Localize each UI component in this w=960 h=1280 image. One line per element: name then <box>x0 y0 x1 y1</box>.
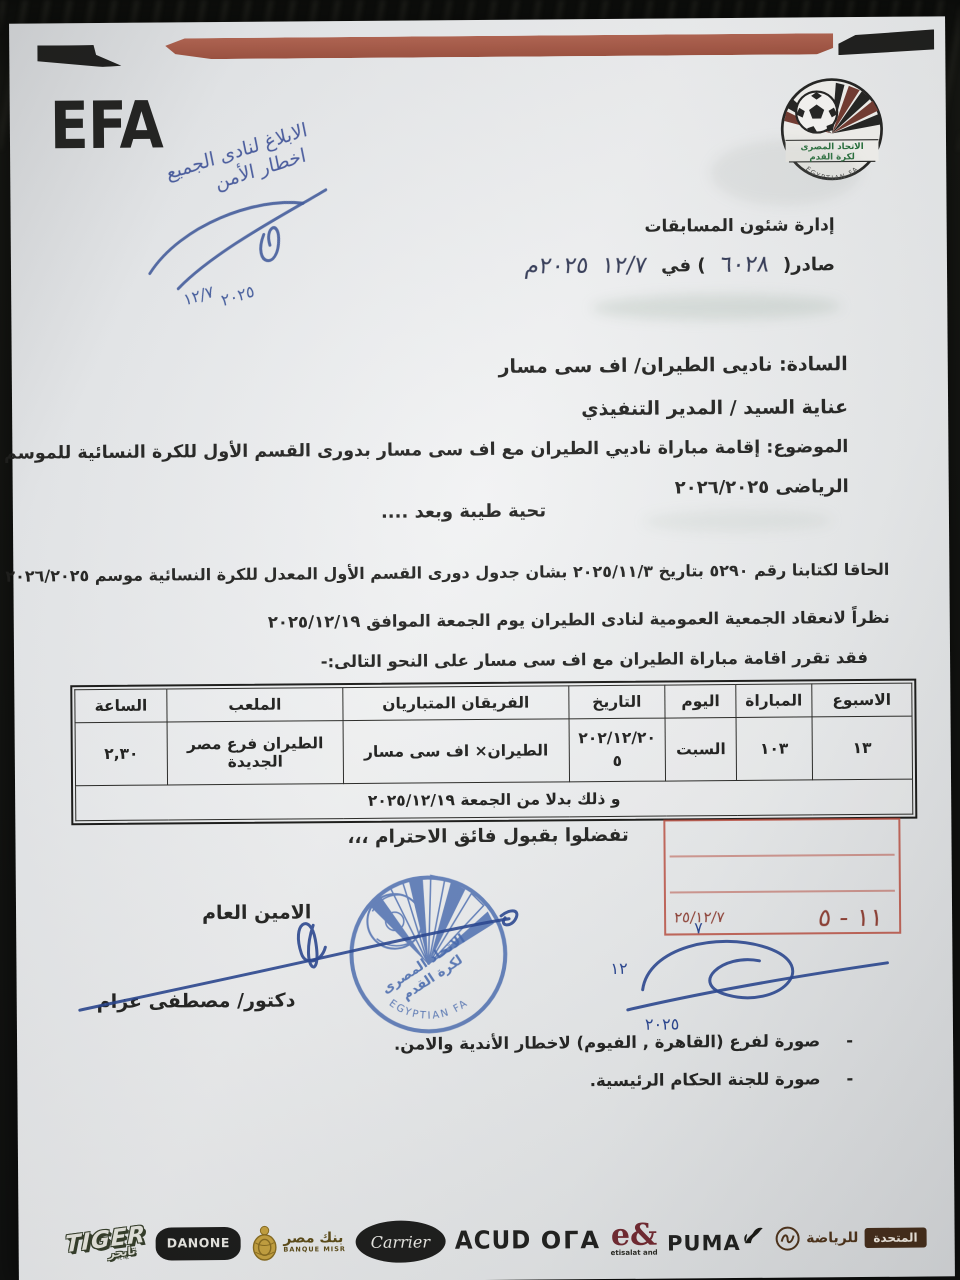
letterhead-right-flag-shape <box>838 29 934 55</box>
puma-cat-icon <box>743 1223 765 1245</box>
note-dash: - <box>846 1069 853 1088</box>
united-sports-icon <box>774 1226 800 1252</box>
col-day: اليوم <box>665 685 736 719</box>
banque-misr-logo: بنك مصر BANQUE MISR <box>250 1222 346 1263</box>
col-date: التاريخ <box>569 685 666 719</box>
cell-date: ٢٠٢/١٢/٢٠ ٥ <box>569 718 666 782</box>
cell-day: السبت <box>665 718 737 782</box>
etisalat-eand-logo: e& etisalat and <box>610 1223 657 1257</box>
issued-date-handwritten: ١٢/٧ <box>601 253 649 279</box>
approval-signature-ink: ٧ ١٢ ٢٠٢٥ <box>582 910 913 1038</box>
banque-misr-emblem-icon <box>250 1223 278 1263</box>
issued-middle: ) في <box>661 255 706 276</box>
issued-prefix: صادر( <box>783 254 835 275</box>
stamp-rule-line <box>670 890 895 894</box>
efa-wordmark: EFA <box>50 86 163 164</box>
table-row: ١٣ ١٠٣ السبت ٢٠٢/١٢/٢٠ ٥ الطيران× اف سى … <box>75 716 912 786</box>
cc-note-2: - صورة للجنة الحكام الرئيسية. <box>590 1069 854 1090</box>
cc-note-1-text: صورة لفرع (القاهرة , الفيوم) لاخطار الأن… <box>394 1031 820 1053</box>
col-teams: الفريقان المتباريان <box>343 686 569 721</box>
col-week: الاسبوع <box>811 683 912 717</box>
cell-stadium: الطيران فرع مصر الجديدة <box>167 721 343 785</box>
department-title: إدارة شئون المسابقات <box>644 215 834 236</box>
cell-teams: الطيران× اف سى مسار <box>343 719 569 784</box>
tiger-logo: TIGER تايجر <box>65 1222 146 1267</box>
issued-number-line: صادر( ٦٠٢٨ ) في ١٢/٧ ٢٠٢٥م <box>524 251 835 279</box>
letterhead-left-flag-shape <box>37 45 121 68</box>
closing-line: تفضلوا بقبول فائق الاحترام ،،، <box>347 825 629 848</box>
body-paragraph-3: فقد تقرر اقامة مباراة الطيران مع اف سى م… <box>321 648 869 671</box>
subject-line-2: الرياضى ٢٠٢٦/٢٠٢٥ <box>675 476 849 498</box>
ora-logo: OΓA <box>541 1226 601 1254</box>
svg-text:١٢: ١٢ <box>610 959 627 978</box>
svg-text:٢٠٢٥: ٢٠٢٥ <box>219 281 256 310</box>
table-footer-note: و ذلك بدلا من الجمعة ٢٠٢٥/١٢/١٩ <box>76 779 913 821</box>
crest-arabic-line2: لكرة القدم <box>809 152 854 162</box>
svg-text:١٢/٧: ١٢/٧ <box>182 281 216 309</box>
svg-text:٢٠٢٥: ٢٠٢٥ <box>645 1014 680 1033</box>
carrier-logo: Carrier <box>355 1220 445 1263</box>
united-sports-logo: للرياضة المتحدة <box>774 1225 927 1252</box>
subject-line-1: الموضوع: إقامة مباراة ناديي الطيران مع ا… <box>4 437 849 464</box>
col-stadium: الملعب <box>167 688 343 722</box>
cc-note-2-text: صورة للجنة الحكام الرئيسية. <box>590 1069 821 1090</box>
issued-year-handwritten: ٢٠٢٥م <box>523 253 590 280</box>
note-dash: - <box>846 1031 853 1050</box>
danone-logo: DANONE <box>156 1226 241 1260</box>
svg-text:٧: ٧ <box>694 918 703 937</box>
attention-line: عناية السيد / المدير التنفيذي <box>581 396 848 420</box>
issued-number-handwritten: ٦٠٢٨ <box>718 252 771 278</box>
ink-bleed-smudge <box>591 293 841 321</box>
puma-logo: PUMA <box>667 1223 765 1255</box>
crest-arabic-line1: الاتحاد المصرى <box>800 142 863 152</box>
col-time: الساعة <box>75 689 167 723</box>
letterhead-red-bar <box>165 33 833 59</box>
acud-logo: ACUD <box>455 1228 532 1255</box>
egyptian-fa-crest-logo: الاتحاد المصرى لكرة القدم EGYPTIAN FA <box>777 75 886 184</box>
addressee-line: السادة: ناديى الطيران/ اف سى مسار <box>498 353 847 378</box>
ink-bleed-smudge <box>643 509 833 532</box>
body-paragraph-1: الحاقا لكتابنا رقم ٥٢٩٠ بتاريخ ٢٠٢٥/١١/٣… <box>5 560 889 586</box>
cell-match: ١٠٣ <box>736 717 812 781</box>
letter-paper: EFA الاتحاد المصرى لكرة القدم EGYPTIAN F… <box>9 16 955 1280</box>
secretary-signature-ink <box>61 872 532 1031</box>
match-schedule-table: الاسبوع المباراة اليوم التاريخ الفريقان … <box>70 679 917 826</box>
cell-time: ٢,٣٠ <box>75 722 168 786</box>
sponsor-logos-strip: TIGER تايجر DANONE بنك مصر BANQUE MISR C… <box>64 1207 926 1276</box>
cell-week: ١٣ <box>812 716 913 780</box>
col-match: المباراة <box>736 684 812 718</box>
greeting-line: تحية طيبة وبعد .... <box>381 500 546 522</box>
cc-note-1: - صورة لفرع (القاهرة , الفيوم) لاخطار ال… <box>394 1031 853 1054</box>
stamp-rule-line <box>670 854 895 858</box>
table-footer-row: و ذلك بدلا من الجمعة ٢٠٢٥/١٢/١٩ <box>76 779 913 821</box>
body-paragraph-2: نظراً لانعقاد الجمعية العمومية لنادى الط… <box>268 608 890 632</box>
